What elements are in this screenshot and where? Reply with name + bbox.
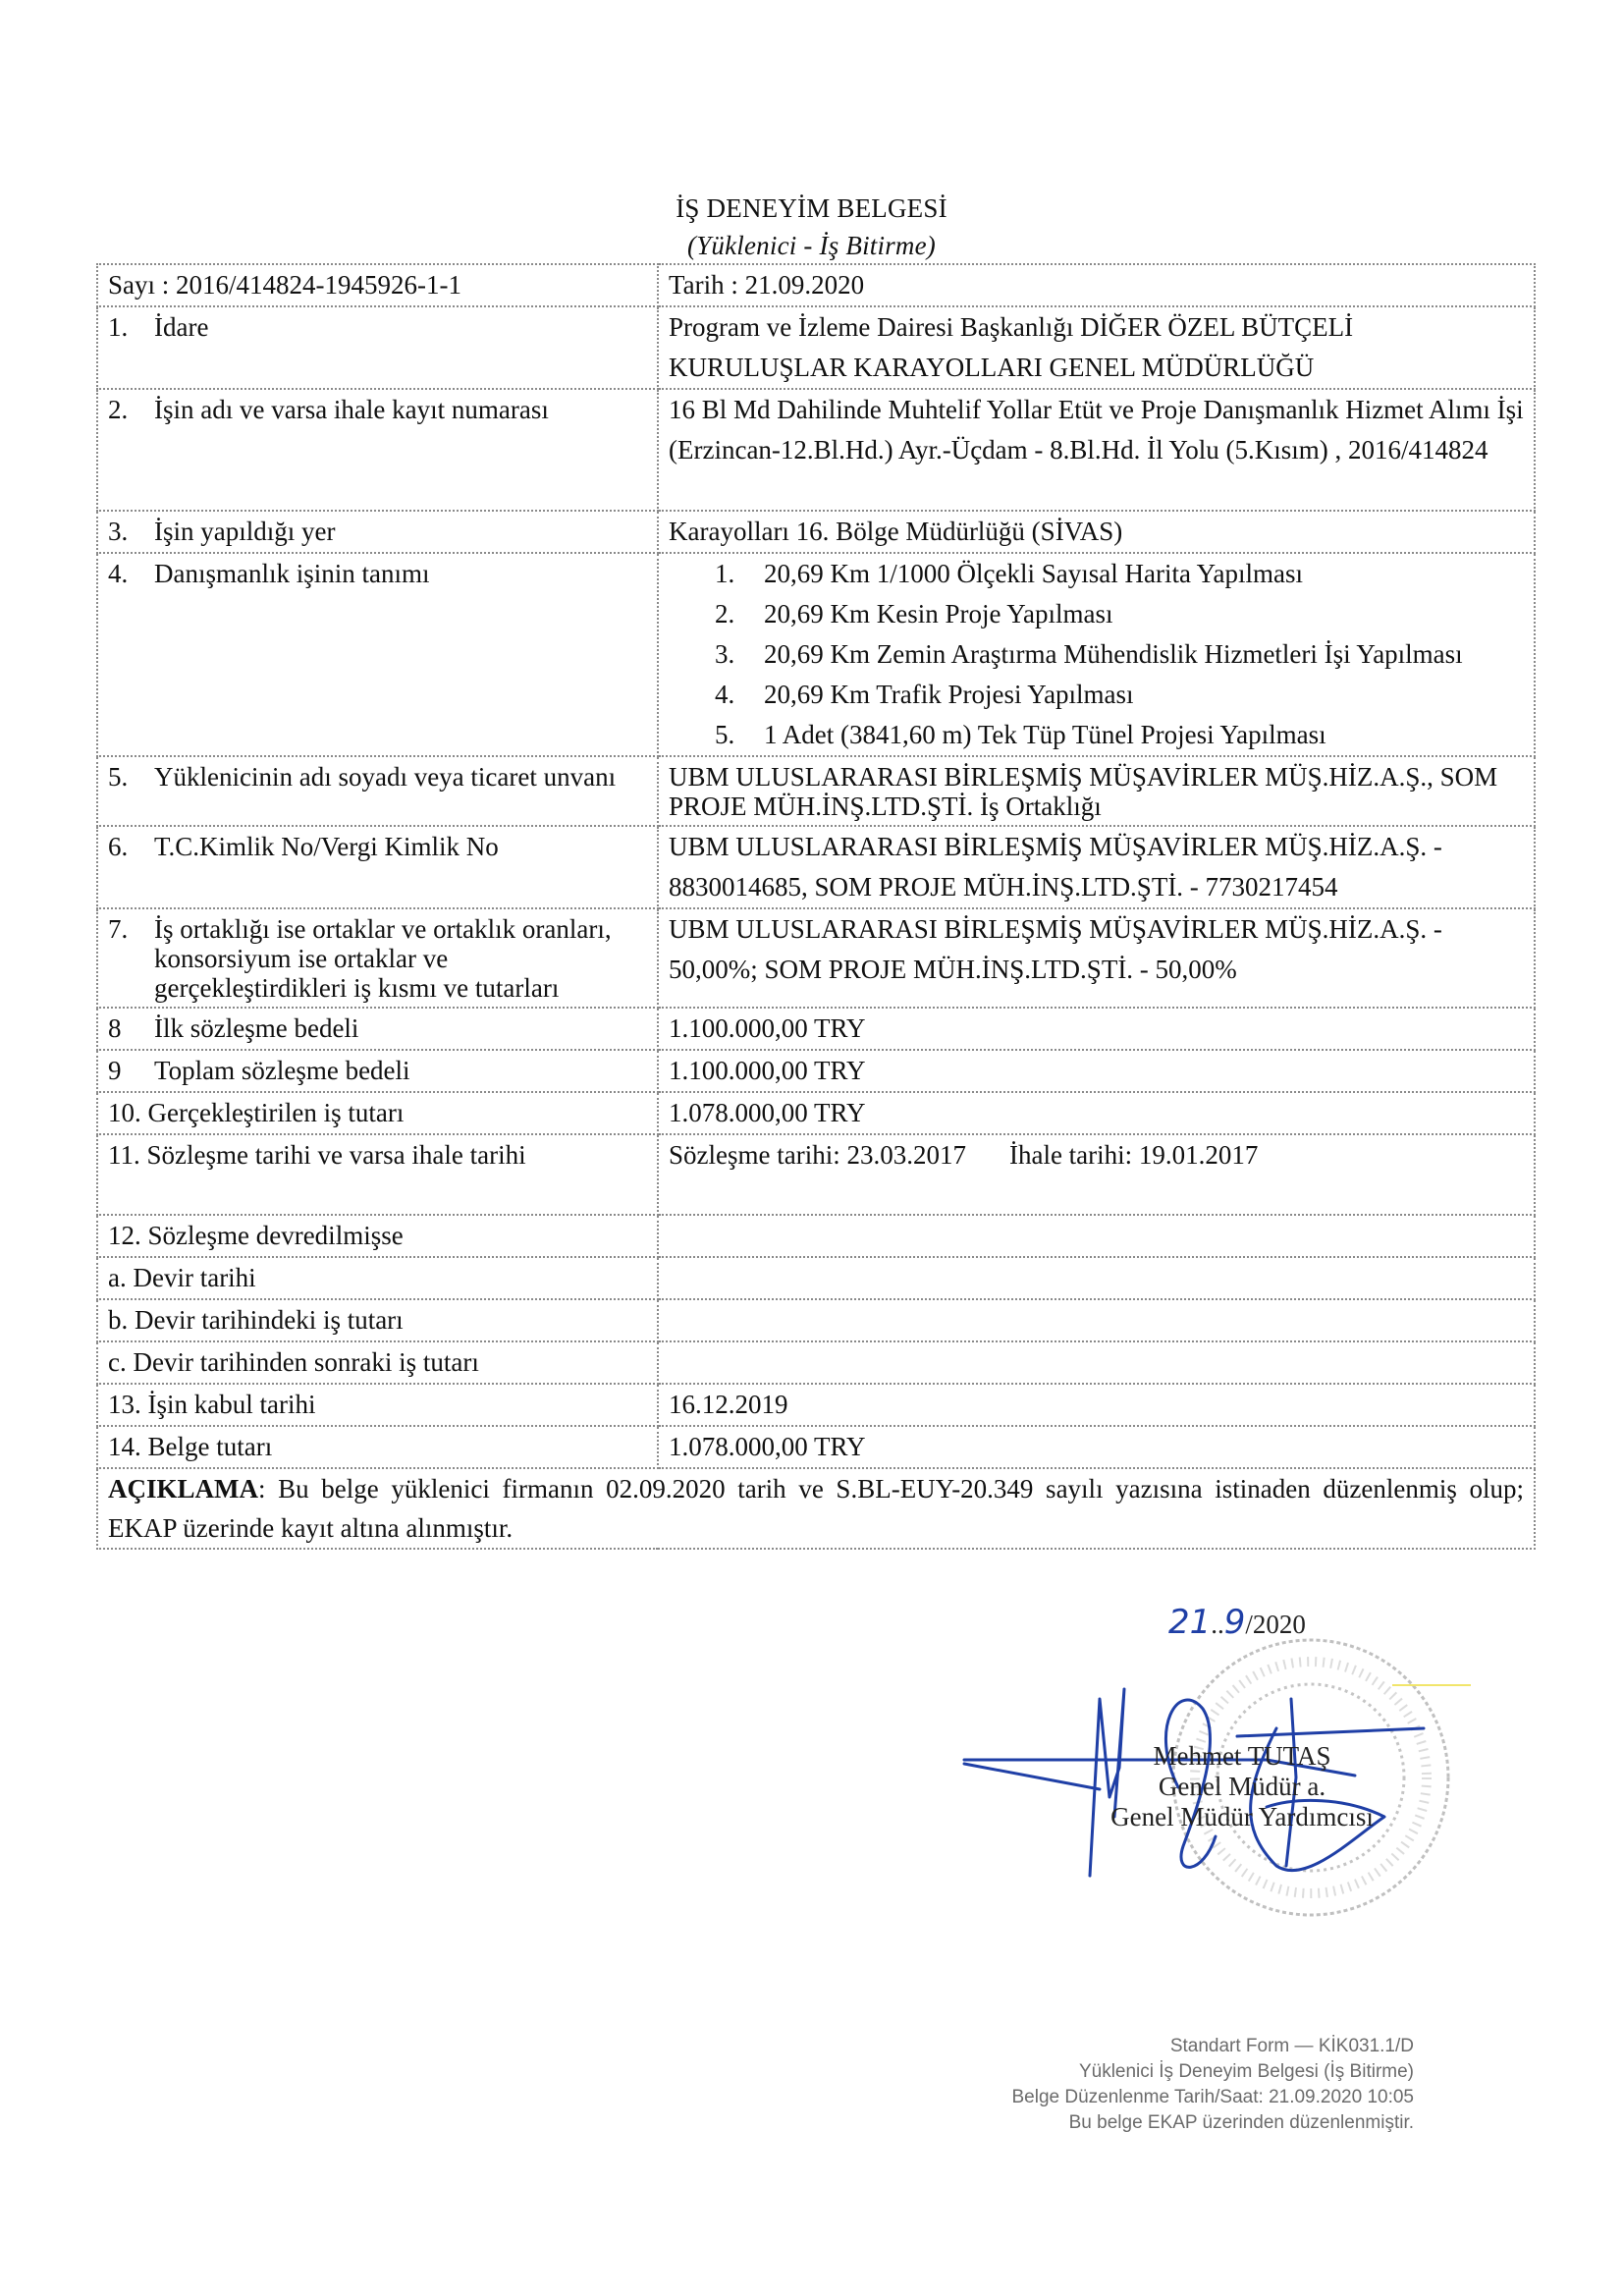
table-row: 2.İşin adı ve varsa ihale kayıt numarası… (97, 389, 1535, 511)
table-row: 3.İşin yapıldığı yer Karayolları 16. Böl… (97, 511, 1535, 553)
form-footer: Standart Form — KİK031.1/D Yüklenici İş … (1011, 2034, 1414, 2136)
list-item: 5.1 Adet (3841,60 m) Tek Tüp Tünel Proje… (715, 715, 1524, 755)
row-label: 13. İşin kabul tarihi (97, 1384, 658, 1426)
row-label: c. Devir tarihinden sonraki iş tutarı (97, 1341, 658, 1384)
explanation-note: AÇIKLAMA: Bu belge yüklenici firmanın 02… (97, 1468, 1535, 1549)
footer-form-name: Yüklenici İş Deneyim Belgesi (İş Bitirme… (1011, 2059, 1414, 2085)
row-value-scope: 1.20,69 Km 1/1000 Ölçekli Sayısal Harita… (658, 553, 1535, 756)
note-text: : Bu belge yüklenici firmanın 02.09.2020… (108, 1474, 1524, 1543)
row-label: 3.İşin yapıldığı yer (97, 511, 658, 553)
table-row: 5.Yüklenicinin adı soyadı veya ticaret u… (97, 756, 1535, 826)
table-row: c. Devir tarihinden sonraki iş tutarı (97, 1341, 1535, 1384)
footer-form-code: Standart Form — KİK031.1/D (1011, 2034, 1414, 2059)
tender-date: İhale tarihi: 19.01.2017 (1009, 1140, 1258, 1170)
row-value-tax-id: UBM ULUSLARARASI BİRLEŞMİŞ MÜŞAVİRLER MÜ… (658, 826, 1535, 908)
table-row: b. Devir tarihindeki iş tutarı (97, 1299, 1535, 1341)
table-row: 8İlk sözleşme bedeli 1.100.000,00 TRY (97, 1008, 1535, 1050)
row-value-work-name: 16 Bl Md Dahilinde Muhtelif Yollar Etüt … (658, 389, 1535, 511)
row-label: 5.Yüklenicinin adı soyadı veya ticaret u… (97, 756, 658, 826)
table-row-note: AÇIKLAMA: Bu belge yüklenici firmanın 02… (97, 1468, 1535, 1549)
document-title: İŞ DENEYİM BELGESİ (0, 193, 1623, 224)
row-value-realized-amount: 1.078.000,00 TRY (658, 1092, 1535, 1134)
signatory-block: Mehmet TUTAŞ Genel Müdür a. Genel Müdür … (1070, 1741, 1414, 1832)
row-label: 11. Sözleşme tarihi ve varsa ihale tarih… (97, 1134, 658, 1215)
table-row: 1.İdare Program ve İzleme Dairesi Başkan… (97, 306, 1535, 389)
row-value-location: Karayolları 16. Bölge Müdürlüğü (SİVAS) (658, 511, 1535, 553)
table-row: 9Toplam sözleşme bedeli 1.100.000,00 TRY (97, 1050, 1535, 1092)
table-row: 14. Belge tutarı 1.078.000,00 TRY (97, 1426, 1535, 1468)
scope-list: 1.20,69 Km 1/1000 Ölçekli Sayısal Harita… (669, 554, 1524, 755)
row-label: 2.İşin adı ve varsa ihale kayıt numarası (97, 389, 658, 511)
issue-date: Tarih : 21.09.2020 (658, 264, 1535, 306)
row-label: b. Devir tarihindeki iş tutarı (97, 1299, 658, 1341)
highlight-mark (1392, 1684, 1471, 1686)
contract-date: Sözleşme tarihi: 23.03.2017 (669, 1140, 966, 1170)
signatory-title-2: Genel Müdür Yardımcısı (1070, 1802, 1414, 1832)
list-item: 2.20,69 Km Kesin Proje Yapılması (715, 594, 1524, 634)
row-label: 12. Sözleşme devredilmişse (97, 1215, 658, 1257)
list-item: 3.20,69 Km Zemin Araştırma Mühendislik H… (715, 634, 1524, 675)
table-row: 4.Danışmanlık işinin tanımı 1.20,69 Km 1… (97, 553, 1535, 756)
row-label: 14. Belge tutarı (97, 1426, 658, 1468)
table-row: 10. Gerçekleştirilen iş tutarı 1.078.000… (97, 1092, 1535, 1134)
signatory-name: Mehmet TUTAŞ (1070, 1741, 1414, 1772)
table-row: 12. Sözleşme devredilmişse (97, 1215, 1535, 1257)
row-value-transfer (658, 1215, 1535, 1257)
reference-number: Sayı : 2016/414824-1945926-1-1 (97, 264, 658, 306)
table-row-header: Sayı : 2016/414824-1945926-1-1 Tarih : 2… (97, 264, 1535, 306)
row-value-acceptance-date: 16.12.2019 (658, 1384, 1535, 1426)
table-row: 13. İşin kabul tarihi 16.12.2019 (97, 1384, 1535, 1426)
row-label: 6.T.C.Kimlik No/Vergi Kimlik No (97, 826, 658, 908)
row-value-post-transfer-amount (658, 1341, 1535, 1384)
row-value-transfer-amount (658, 1299, 1535, 1341)
row-label: 10. Gerçekleştirilen iş tutarı (97, 1092, 658, 1134)
row-label: 9Toplam sözleşme bedeli (97, 1050, 658, 1092)
list-item: 1.20,69 Km 1/1000 Ölçekli Sayısal Harita… (715, 554, 1524, 594)
row-value-administration: Program ve İzleme Dairesi Başkanlığı DİĞ… (658, 306, 1535, 389)
row-value-certificate-amount: 1.078.000,00 TRY (658, 1426, 1535, 1468)
row-value-transfer-date (658, 1257, 1535, 1299)
note-label: AÇIKLAMA (108, 1474, 258, 1503)
experience-certificate-table: Sayı : 2016/414824-1945926-1-1 Tarih : 2… (96, 263, 1536, 1550)
table-row: 7.İş ortaklığı ise ortaklar ve ortaklık … (97, 908, 1535, 1008)
table-row: 11. Sözleşme tarihi ve varsa ihale tarih… (97, 1134, 1535, 1215)
row-value-dates: Sözleşme tarihi: 23.03.2017İhale tarihi:… (658, 1134, 1535, 1215)
footer-ekap-note: Bu belge EKAP üzerinden düzenlenmiştir. (1011, 2110, 1414, 2136)
row-label: 4.Danışmanlık işinin tanımı (97, 553, 658, 756)
list-item: 4.20,69 Km Trafik Projesi Yapılması (715, 675, 1524, 715)
signatory-title-1: Genel Müdür a. (1070, 1772, 1414, 1802)
footer-issue-datetime: Belge Düzenlenme Tarih/Saat: 21.09.2020 … (1011, 2085, 1414, 2110)
table-row: 6.T.C.Kimlik No/Vergi Kimlik No UBM ULUS… (97, 826, 1535, 908)
row-value-total-contract-price: 1.100.000,00 TRY (658, 1050, 1535, 1092)
signature-date: 21..9/2020 (1168, 1603, 1306, 1642)
row-label: 7.İş ortaklığı ise ortaklar ve ortaklık … (97, 908, 658, 1008)
row-value-initial-contract-price: 1.100.000,00 TRY (658, 1008, 1535, 1050)
row-label: 1.İdare (97, 306, 658, 389)
row-label: 8İlk sözleşme bedeli (97, 1008, 658, 1050)
document-subtitle: (Yüklenici - İş Bitirme) (0, 231, 1623, 261)
row-value-partnership: UBM ULUSLARARASI BİRLEŞMİŞ MÜŞAVİRLER MÜ… (658, 908, 1535, 1008)
row-value-contractor: UBM ULUSLARARASI BİRLEŞMİŞ MÜŞAVİRLER MÜ… (658, 756, 1535, 826)
table-row: a. Devir tarihi (97, 1257, 1535, 1299)
row-label: a. Devir tarihi (97, 1257, 658, 1299)
